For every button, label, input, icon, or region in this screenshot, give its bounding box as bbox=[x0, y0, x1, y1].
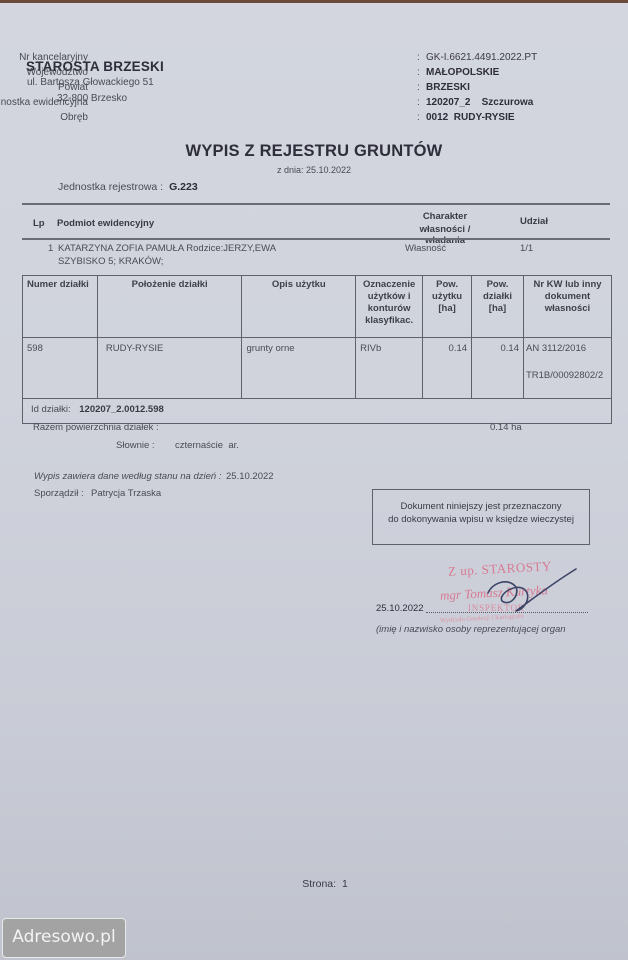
notice-line2: do dokonywania wpisu w księdze wieczyste… bbox=[373, 513, 589, 526]
meta-colon: : bbox=[417, 112, 420, 123]
page-number: Strona: 1 bbox=[0, 878, 628, 890]
land-register-number: AN 3112/2016 bbox=[526, 343, 586, 354]
notice-line1: Dokument niniejszy jest przeznaczony bbox=[373, 500, 589, 513]
cell-use-area: 0.14 bbox=[423, 338, 472, 399]
divider bbox=[22, 238, 610, 240]
owners-header-subject: Podmiot ewidencyjny bbox=[57, 218, 154, 229]
meta-value: GK-I.6621.4491.2022.PT bbox=[426, 52, 537, 63]
meta-label: Obręb bbox=[60, 112, 88, 123]
col-parcel-area: Pow. działki [ha] bbox=[472, 276, 524, 338]
total-area-value: 0.14 ha bbox=[490, 422, 522, 433]
parcels-table: Numer działki Położenie działki Opis uży… bbox=[22, 275, 612, 424]
cell-parcel-area: 0.14 bbox=[472, 338, 524, 399]
meta-colon: : bbox=[417, 52, 420, 63]
signature-date: 25.10.2022 bbox=[376, 603, 424, 614]
cell-land-register: AN 3112/2016 TR1B/00092802/2 bbox=[523, 338, 611, 399]
signature-caption: (imię i nazwisko osoby reprezentującej o… bbox=[376, 624, 566, 635]
meta-value: MAŁOPOLSKIE bbox=[426, 67, 499, 78]
meta-label: Nr kancelaryjny bbox=[19, 52, 88, 63]
document-date: z dnia: 25.10.2022 bbox=[0, 165, 628, 175]
col-classification: Oznaczenie użytków i konturów klasyfikac… bbox=[356, 276, 423, 338]
owners-header-character-line1: Charakter bbox=[400, 211, 490, 222]
table-row: 598 RUDY-RYSIE grunty orne RIVb 0.14 0.1… bbox=[23, 338, 612, 399]
meta-label: Województwo bbox=[26, 67, 88, 78]
registration-unit-label: Jednostka rejestrowa : bbox=[58, 181, 163, 193]
prepared-by-name: Patrycja Trzaska bbox=[91, 488, 161, 499]
handwritten-signature-icon bbox=[480, 565, 580, 620]
owner-lp: 1 bbox=[48, 243, 53, 254]
owner-share: 1/1 bbox=[520, 243, 533, 254]
registration-unit: Jednostka rejestrowa :G.223 bbox=[58, 181, 198, 193]
owner-subject-line2: SZYBISKO 5; KRAKÓW; bbox=[58, 256, 163, 267]
meta-colon: : bbox=[417, 82, 420, 93]
parcel-id-label: Id działki: bbox=[31, 404, 71, 415]
cell-parcel-number: 598 bbox=[23, 338, 98, 399]
page-label: Strona: bbox=[302, 878, 336, 890]
meta-label: Powiat bbox=[58, 82, 88, 93]
meta-value: 0012 RUDY-RYSIE bbox=[426, 112, 515, 123]
parcels-header-row: Numer działki Położenie działki Opis uży… bbox=[23, 276, 612, 338]
parcel-id-row: Id działki: 120207_2.0012.598 bbox=[23, 399, 612, 424]
meta-label: Jednostka ewidencyjna bbox=[0, 97, 88, 108]
col-land-register: Nr KW lub inny dokument własności bbox=[523, 276, 611, 338]
meta-colon: : bbox=[417, 97, 420, 108]
col-parcel-number: Numer działki bbox=[23, 276, 98, 338]
watermark-logo: Adresowo.pl bbox=[2, 918, 126, 958]
col-use-area: Pow. użytku [ha] bbox=[423, 276, 472, 338]
owner-subject-line1: KATARZYNA ZOFIA PAMUŁA Rodzice:JERZY,EWA bbox=[58, 243, 276, 254]
col-parcel-location: Położenie działki bbox=[97, 276, 242, 338]
owners-header-lp: Lp bbox=[33, 218, 45, 229]
land-register-notice: Dokument niniejszy jest przeznaczony do … bbox=[372, 489, 590, 545]
page-value: 1 bbox=[342, 878, 348, 890]
cell-parcel-location: RUDY-RYSIE bbox=[97, 338, 242, 399]
issuer-street: ul. Bartosza Głowackiego 51 bbox=[27, 77, 154, 88]
parcel-id-cell: Id działki: 120207_2.0012.598 bbox=[23, 399, 612, 424]
owners-header-share: Udział bbox=[520, 216, 548, 227]
col-use-description: Opis użytku bbox=[242, 276, 356, 338]
registration-unit-value: G.223 bbox=[169, 181, 198, 193]
divider bbox=[22, 203, 610, 205]
meta-colon: : bbox=[417, 67, 420, 78]
land-register-number-2: TR1B/00092802/2 bbox=[526, 370, 607, 381]
meta-value: BRZESKI bbox=[426, 82, 470, 93]
area-in-words-value: czternaście ar. bbox=[175, 440, 239, 451]
meta-value: 120207_2 Szczurowa bbox=[426, 97, 533, 108]
data-state-date: 25.10.2022 bbox=[226, 471, 274, 482]
owner-character: Własność bbox=[405, 243, 446, 254]
cell-classification: RIVb bbox=[356, 338, 423, 399]
data-state-label: Wypis zawiera dane według stanu na dzień… bbox=[34, 471, 221, 482]
owners-header-character: Charakter własności / władania bbox=[400, 211, 490, 246]
cell-use-description: grunty orne bbox=[242, 338, 356, 399]
total-area-label: Razem powierzchnia działek : bbox=[33, 422, 159, 433]
document-title: WYPIS Z REJESTRU GRUNTÓW bbox=[0, 142, 628, 161]
prepared-by-label: Sporządził : bbox=[34, 488, 84, 499]
photo-top-edge bbox=[0, 0, 628, 3]
parcel-id-value: 120207_2.0012.598 bbox=[79, 404, 164, 415]
area-in-words-label: Słownie : bbox=[116, 440, 155, 451]
